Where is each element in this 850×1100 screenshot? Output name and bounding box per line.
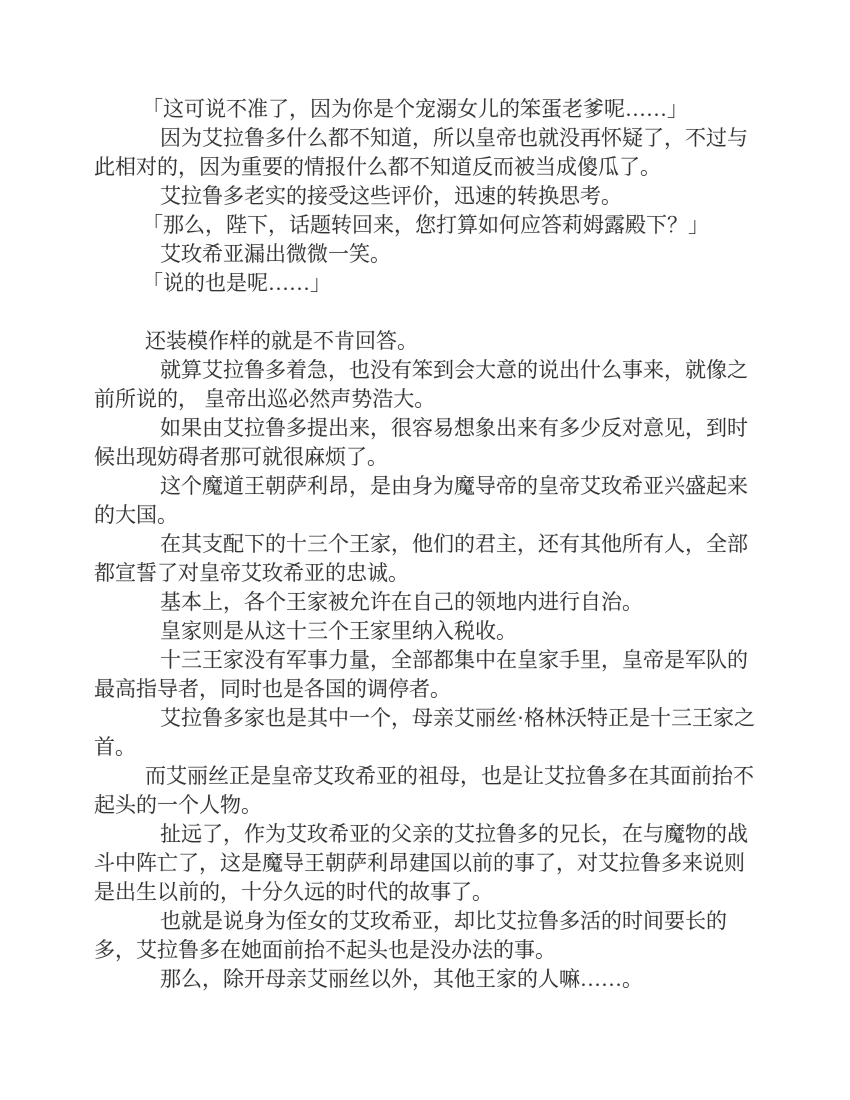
narration-paragraph: 那么，除开母亲艾丽丝以外，其他王家的人嘛……。 bbox=[94, 965, 758, 994]
narration-paragraph: 十三王家没有军事力量，全部都集中在皇家手里，皇帝是军队的最高指导者，同时也是各国… bbox=[94, 646, 758, 704]
dialogue-paragraph: 「那么，陛下，话题转回来，您打算如何应答莉姆露殿下？」 bbox=[94, 211, 758, 240]
narration-paragraph: 因为艾拉鲁多什么都不知道，所以皇帝也就没再怀疑了，不过与此相对的，因为重要的情报… bbox=[94, 124, 758, 182]
narration-paragraph: 艾拉鲁多家也是其中一个，母亲艾丽丝·格林沃特正是十三王家之首。 bbox=[94, 704, 758, 762]
dialogue-paragraph: 「说的也是呢……」 bbox=[94, 269, 758, 298]
narration-paragraph: 艾玫希亚漏出微微一笑。 bbox=[94, 240, 758, 269]
narration-paragraph: 艾拉鲁多老实的接受这些评价，迅速的转换思考。 bbox=[94, 182, 758, 211]
narration-paragraph: 还装模作样的就是不肯回答。 bbox=[94, 327, 758, 356]
narration-paragraph: 如果由艾拉鲁多提出来，很容易想象出来有多少反对意见，到时候出现妨碍者那可就很麻烦… bbox=[94, 414, 758, 472]
dialogue-paragraph: 「这可说不准了，因为你是个宠溺女儿的笨蛋老爹呢……」 bbox=[94, 95, 758, 124]
narration-paragraph: 在其支配下的十三个王家，他们的君主，还有其他所有人，全部都宣誓了对皇帝艾玫希亚的… bbox=[94, 530, 758, 588]
narration-paragraph: 基本上，各个王家被允许在自己的领地内进行自治。 bbox=[94, 588, 758, 617]
text-column: 「这可说不准了，因为你是个宠溺女儿的笨蛋老爹呢……」因为艾拉鲁多什么都不知道，所… bbox=[94, 95, 758, 994]
narration-paragraph: 也就是说身为侄女的艾玫希亚，却比艾拉鲁多活的时间要长的多，艾拉鲁多在她面前抬不起… bbox=[94, 907, 758, 965]
narration-paragraph: 而艾丽丝正是皇帝艾玫希亚的祖母，也是让艾拉鲁多在其面前抬不起头的一个人物。 bbox=[94, 762, 758, 820]
narration-paragraph: 皇家则是从这十三个王家里纳入税收。 bbox=[94, 617, 758, 646]
narration-paragraph: 扯远了，作为艾玫希亚的父亲的艾拉鲁多的兄长，在与魔物的战斗中阵亡了，这是魔导王朝… bbox=[94, 820, 758, 907]
novel-page: 「这可说不准了，因为你是个宠溺女儿的笨蛋老爹呢……」因为艾拉鲁多什么都不知道，所… bbox=[0, 0, 850, 1100]
narration-paragraph: 就算艾拉鲁多着急，也没有笨到会大意的说出什么事来，就像之前所说的， 皇帝出巡必然… bbox=[94, 356, 758, 414]
blank-line bbox=[94, 298, 758, 327]
narration-paragraph: 这个魔道王朝萨利昂，是由身为魔导帝的皇帝艾玫希亚兴盛起来的大国。 bbox=[94, 472, 758, 530]
